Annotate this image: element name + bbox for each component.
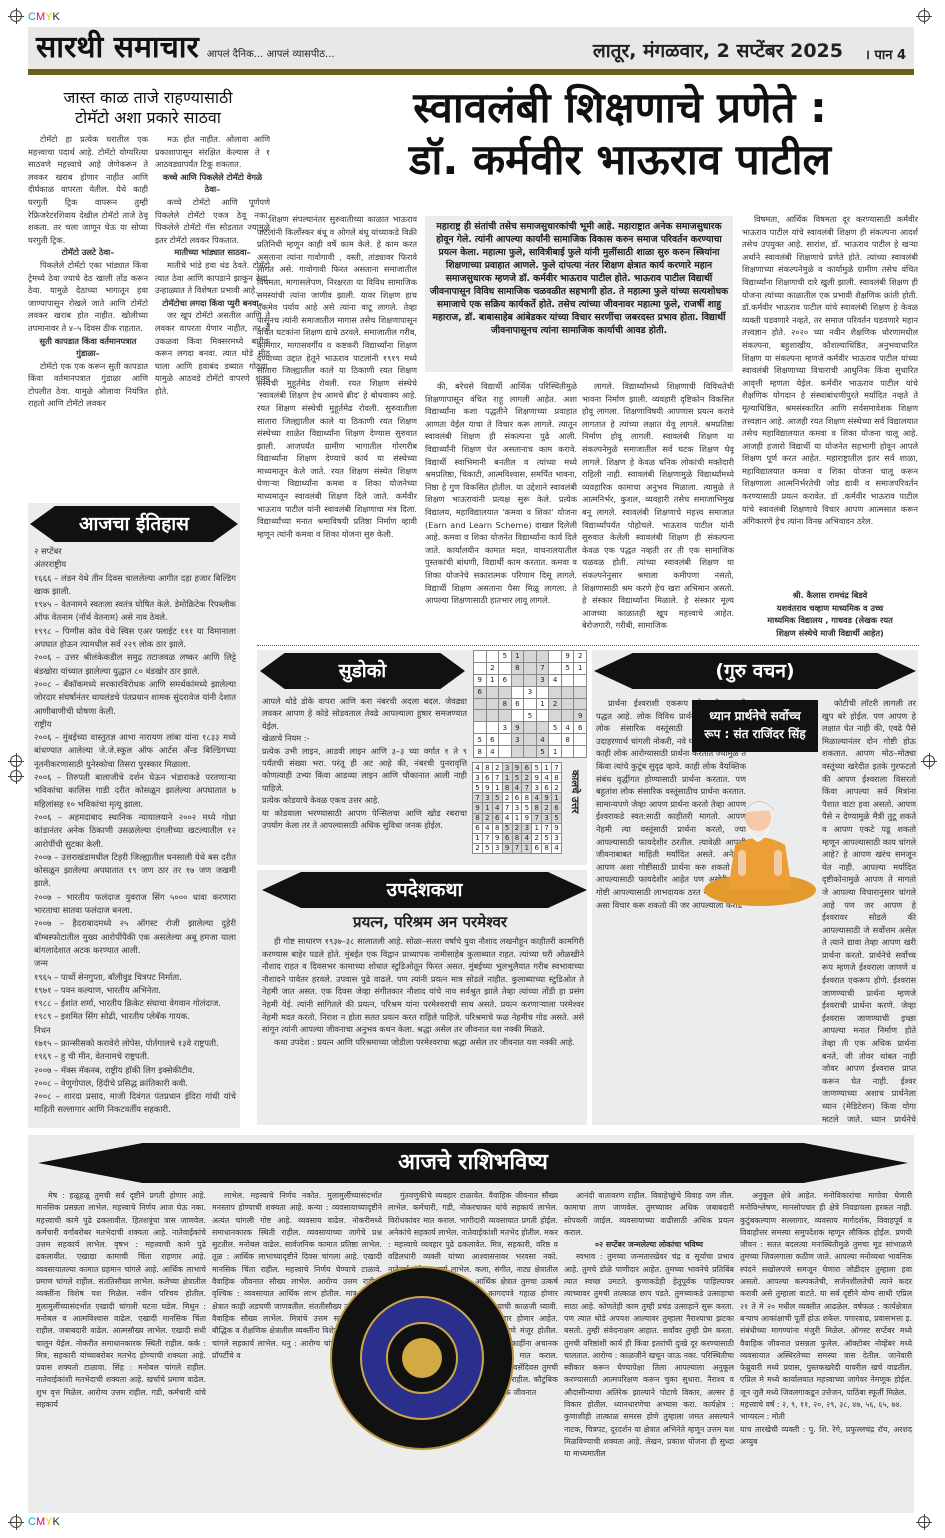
sudoku-cell [474,710,487,722]
sudoku-cell: 7 [482,833,492,843]
sudoku-cell: 5 [473,783,483,793]
sudoku-cell: 1 [486,674,499,686]
sudoku-cell [474,698,487,710]
paragraph: आनंदी वातावरण राहील. विवाहेच्छुंचे विवाह… [564,1190,734,1239]
sudoku-cell: 8 [511,662,524,674]
sudoku-cell: 8 [502,783,512,793]
paragraph: कच्चे टोमॅटो आणि पूर्णपणे पिकलेले टोमॅटो… [155,196,270,246]
sudoku-cell [511,710,524,722]
sudoku-cell: 7 [502,803,512,813]
sudoku-cell: 7 [532,813,542,823]
sudoku-cell: 2 [492,763,502,773]
sudoku-cell: 3 [511,734,524,746]
author-name: श्री. कैलास रामचंद्र बिडवे [742,589,918,602]
history-entry: २००६ – अहमदाबाद स्थानिक न्यायालयाने २००२… [34,811,236,851]
history-entry: २००८ – वेणुगोपाल, हिंदीचे प्रसिद्ध क्रां… [34,1077,236,1090]
sudoku-cell [499,710,512,722]
sudoku-cell: 3 [492,843,502,853]
sudoku-cell: 5 [524,710,537,722]
sudoku-cell: 3 [473,773,483,783]
sudoku-cell: 1 [482,803,492,813]
paragraph: टोमॅटो हा प्रत्येक घरातील एक महत्त्वाचा … [28,133,148,246]
sudoku-cell [561,686,574,698]
history-entry: १९७१ – पवन कल्याण, भारतीय अभिनेता. [34,984,236,997]
sudoku-cell: 4 [536,734,549,746]
sudoku-cell [486,686,499,698]
sudoku-cell [561,710,574,722]
sudoku-cell: 2 [574,651,587,663]
sudoku-cell: 1 [473,833,483,843]
sudoku-cell: 4 [552,843,562,853]
subheading: टोमॅटो उलटे ठेवा– [28,246,148,259]
sudoku-cell [561,698,574,710]
sudoku-cell: 9 [512,763,522,773]
paragraph: पिकलेले टोमॅटो एका भांड्यात किंवा ट्रेमध… [28,259,148,335]
registration-mark-icon [918,1516,930,1528]
sudoku-cell: 2 [552,783,562,793]
story-moral: कथा उपदेश : प्रयत्न आणि परिश्रमाच्या जोड… [262,1036,584,1049]
sudoku-cell: 1 [522,843,532,853]
sudoku-answer-label: कालचे उत्तर [567,770,581,813]
headline-line: डॉ. कर्मवीर भाऊराव पाटील [300,134,940,186]
feature-headline: स्वावलंबी शिक्षणाचे प्रणेते : डॉ. कर्मवी… [300,82,940,186]
history-entry: २००७ – हैदराबादमध्ये २५ ऑगस्ट रोजी झालेल… [34,917,236,957]
horoscope-heading: आजचे राशिभविष्य [38,1143,908,1183]
sudoku-cell: 8 [474,746,487,758]
zodiac-star-ring [360,1296,484,1420]
zodiac-inner-wheel [386,1322,458,1394]
instruction-line: प्रत्येक कोडयाचे केवळ एकच उत्तर आहे. [262,794,467,806]
sudoku-cell: 6 [552,803,562,813]
headline-line: स्वावलंबी शिक्षणाचे प्रणेते : [300,82,940,134]
sudoku-cell: 6 [474,686,487,698]
instruction-line: या कोडयाला भरण्यासाठी आपण पेन्सिलचा आणि … [262,807,467,832]
sudoku-puzzle-grid: 519228751916346386125939546563488451 [473,650,587,758]
history-entry: २००६ – उत्तर श्रीलंकेकडील समुद्र तटाजवळ … [34,651,236,678]
sudoku-cell [549,734,562,746]
sudoku-cell: 2 [482,813,492,823]
sudoku-cell: 4 [561,722,574,734]
tomato-article-title: जास्त काळ ताजे राहण्यासाठी टोमॅटो अशा प्… [28,88,268,128]
sudoku-cell: 7 [522,783,532,793]
sudoku-cell: 5 [542,833,552,843]
feature-column-right: विषमता, आर्थिक विषमता दूर करण्यासाठी कर्… [742,213,918,589]
sudoku-cell [549,686,562,698]
sudoku-cell: 8 [561,734,574,746]
sudoku-cell: 4 [473,763,483,773]
history-banner: आजचा ईतिहास [30,506,238,542]
author-affiliation: शिक्षण संस्थेचे माजी विद्यार्थी आहेत) [742,627,918,640]
sudoku-cell [536,722,549,734]
sudoku-cell: 9 [473,803,483,813]
paragraph: स्वभाव : तुमच्या जन्मतारखेवर चंद्र व सूर… [564,1251,734,1460]
masthead-rule [28,69,914,75]
sudoku-cell: 4 [492,803,502,813]
sudoku-cell: 4 [502,813,512,823]
history-entry: २००७ – भारतीय फलंदाज युवराज सिंग ५००० धा… [34,891,236,918]
sudoku-cell: 7 [473,793,483,803]
tomato-column-2: मऊ होत नाहीत. ओलावा आणि प्रकाशापासून संर… [155,133,270,503]
sudoku-cell: 9 [561,651,574,663]
sudoku-cell: 9 [532,773,542,783]
sudoku-cell: 8 [552,773,562,783]
sudoku-cell [524,674,537,686]
sudoku-cell: 4 [532,793,542,803]
sudoku-cell: 3 [532,783,542,793]
sudoku-cell: 8 [473,813,483,823]
sudoku-cell: 5 [482,843,492,853]
sudoku-cell [561,674,574,686]
history-entry: १७१५ – फ्रान्सीसको करावेरो लोपेस, पोर्तग… [34,1037,236,1050]
newspaper-logo: सारथी समाचार [36,33,199,63]
paragraph: जर खूप टोमॅटो असतील आणि ते लवकर वापरता य… [155,309,270,397]
sudoku-cell: 6 [486,734,499,746]
horoscope-banner: आजचे राशिभविष्य [38,1143,908,1183]
subheading: मातीच्या भांड्यात साठवा– [155,246,270,259]
sudoku-cell [474,651,487,663]
paragraph: कोटीची लॉटरी लागली तर खुप बरे होईल. पण आ… [822,697,916,1122]
sudoku-cell [574,674,587,686]
sudoku-cell [486,698,499,710]
history-entry: २००७ – उत्तराखंडामधील टिहरी जिल्ह्यातील … [34,851,236,891]
sudoku-heading: सुडोको [260,653,465,689]
history-entry: २००६ – तिरुपती बालाजीचे दर्शन घेऊन भंडार… [34,771,236,811]
sudoku-cell: 6 [499,674,512,686]
sudoku-cell: 5 [499,651,512,663]
sudoku-cell: 6 [574,722,587,734]
sudoku-cell: 5 [536,746,549,758]
cmyk-label: CMYK [28,1516,60,1528]
history-entry: १६६६ – लंडन येथे तीन दिवस चाललेल्या आगीत… [34,572,236,599]
sudoku-cell: 5 [502,823,512,833]
sudoku-cell: 6 [502,833,512,843]
quote-line: ध्यान प्रार्थनेचे सर्वोच्च [692,707,818,725]
sudoku-cell: 1 [502,773,512,783]
sudoku-cell [574,746,587,758]
sudoku-cell: 8 [532,803,542,813]
sudoku-cell: 4 [522,833,532,843]
instruction-line: आपले थोडे डोके वापरा आणि करा नंबरची अदला… [262,695,467,732]
sudoku-cell: 8 [512,833,522,843]
history-entry: राष्ट्रीय [34,718,236,731]
sudoku-cell: 3 [499,722,512,734]
subheading: सुती कापडात किंवा वर्तमानपत्रात गुंडाळा– [28,335,148,360]
history-entry: १९४५ – वेतनामने स्वतःला स्वतंत्र घोषित क… [34,598,236,625]
masthead: सारथी समाचार आपलं दैनिक... आपलं व्यासपीठ… [28,27,914,69]
divider [257,645,919,646]
feature-column-mid: की, बरेचसे विद्यार्थी आर्थिक परिस्थितीमु… [425,380,577,642]
horoscope-column-1: मेष : हळूहळू तुमची सर्व दृष्टीने प्रगती … [36,1190,206,1508]
history-entry: २००६ – मुंबईच्या वास्तुतज्ञ आभा नारायण ल… [34,731,236,771]
sudoku-cell: 6 [492,813,502,823]
history-entry: जन्म [34,957,236,970]
sudoku-cell [524,722,537,734]
sudoku-cell: 9 [574,710,587,722]
sudoku-cell: 1 [532,823,542,833]
story-banner: उपदेशकथा [262,872,587,908]
sudoku-cell [524,698,537,710]
paragraph: की, बरेचसे विद्यार्थी आर्थिक परिस्थितीमु… [425,380,577,607]
sudoku-cell: 9 [511,722,524,734]
feature-column-mid2: लागले. विद्यार्थ्यांमध्ये शिक्षणाची विवि… [582,380,734,642]
sudoku-cell: 8 [482,763,492,773]
registration-mark-icon [10,755,22,767]
quote-line: रूप : संत राजिंदर सिंह [692,725,818,743]
sudoku-cell [499,734,512,746]
history-entry: १९६५ – पार्थो सेनगुप्ता, बॉलीवुड चित्रपट… [34,971,236,984]
sudoku-cell: 3 [536,674,549,686]
sudoku-cell [524,662,537,674]
lucky-gem: भाग्यरत्न : मोती [740,1411,912,1423]
subheading: टोमॅटोचा लगदा किंवा प्युरी बनवा– [155,297,270,310]
sudoku-cell: 3 [482,793,492,803]
sudoku-cell: 6 [473,823,483,833]
sudoku-cell [474,662,487,674]
sudoku-cell [486,722,499,734]
story-body: ही गोष्ट साधारण १९३७–३८ सालातली आहे. सोळ… [262,935,584,1123]
sudoku-cell: 9 [474,674,487,686]
sudoku-cell [536,710,549,722]
history-list: २ सप्टेंबरअंतरराष्ट्रीय१६६६ – लंडन येथे … [34,545,236,1125]
sudoku-cell: 3 [552,833,562,843]
feature-lead-box: महाराष्ट्र ही संतांची तसेच समाजसुधारकांच… [425,216,733,372]
title-line: जास्त काळ ताजे राहण्यासाठी [28,88,268,108]
sun-face-icon [402,1338,442,1378]
subheading: कच्चे आणि पिकलेले टोमॅटो वेगळे ठेवा– [155,171,270,196]
history-entry: २ सप्टेंबर [34,545,236,558]
paragraph: मेष : हळूहळू तुमची सर्व दृष्टीने प्रगती … [36,1190,206,1411]
sudoku-cell: 4 [482,823,492,833]
paragraph: अनुकूल क्षेत्रे आहेत. मनोविकारांचा मागोव… [740,1190,912,1399]
sudoku-cell: 9 [492,833,502,843]
sudoku-cell [511,686,524,698]
registration-mark-icon [10,1516,22,1528]
sudoku-cell: 9 [482,783,492,793]
sudoku-cell: 3 [522,823,532,833]
history-entry: २००८ – शारदा प्रसाद, माजी दिवंगत पंतप्रध… [34,1090,236,1117]
sudoku-cell [549,651,562,663]
page-number: । पान 4 [865,45,906,63]
sudoku-cell: 3 [524,686,537,698]
sudoku-cell: 8 [492,823,502,833]
dateline: लातूर, मंगळवार, 2 सप्टेंबर 2025 [593,37,843,63]
sudoku-cell: 9 [542,793,552,803]
sudoku-cell: 7 [552,763,562,773]
history-entry: २००७ – मॅक्स मॅकनब, राष्ट्रीय हॉकी लिग इ… [34,1064,236,1077]
sudoku-cell [524,651,537,663]
title-line: टोमॅटो अशा प्रकारे साठवा [28,108,268,128]
sudoku-cell: 6 [512,793,522,803]
sudoku-cell: 8 [499,698,512,710]
sudoku-cell: 5 [522,803,532,813]
sudoku-cell: 1 [549,746,562,758]
registration-mark-icon [923,755,935,767]
sudoku-cell: 4 [486,746,499,758]
sudoku-cell: 6 [511,698,524,710]
feature-column-left: शिक्षण संपल्यानंतर सुरुवातीच्या काळात भा… [257,213,417,641]
registration-mark-icon [10,770,22,782]
author-affiliation: यशवंतराव चव्हाण माध्यमिक व उच्च [742,602,918,615]
sudoku-cell: 1 [552,793,562,803]
paragraph: लागले. विद्यार्थ्यांमध्ये शिक्षणाची विवि… [582,380,734,632]
tagline: आपलं दैनिक... आपलं व्यासपीठ... [207,46,335,60]
sudoku-cell [524,734,537,746]
guru-banner: (गुरु वचन) [594,653,916,689]
sudoku-cell: 6 [532,843,542,853]
sudoku-cell: 2 [512,823,522,833]
sudoku-cell: 2 [549,698,562,710]
sudoku-cell: 9 [522,813,532,823]
sudoku-cell: 4 [549,674,562,686]
history-heading: आजचा ईतिहास [30,506,238,542]
sudoku-cell: 9 [502,843,512,853]
history-entry: १९८९ – इशमित सिंग सोढी, भारतीय प्लेबॅक ग… [34,1010,236,1023]
sudoku-cell: 5 [492,793,502,803]
sudoku-cell: 3 [512,803,522,813]
sudoku-cell: 4 [512,783,522,793]
sudoku-cell: 2 [502,793,512,803]
sudoku-cell: 2 [532,833,542,843]
story-title: प्रयत्न, परिश्रम अन परमेश्वर [270,912,590,932]
sudoku-cell [499,746,512,758]
paragraph: मऊ होत नाहीत. ओलावा आणि प्रकाशापासून संर… [155,133,270,171]
important-years: महत्त्वाचे वर्ष : २, ९, ११, २०, २९, ३८, … [740,1399,912,1411]
sudoku-cell: 5 [549,722,562,734]
sudoku-cell [574,698,587,710]
sudoku-cell: 2 [473,843,483,853]
sudoku-cell: 6 [542,783,552,793]
history-entry: १९९८ – पिग्गीस कोव येथे स्विस एअर फ्लाईट… [34,625,236,652]
history-entry: १९६९ – हु ची मीन, वेतनामचे राष्ट्रपती. [34,1050,236,1063]
sudoku-cell: 2 [522,773,532,783]
sudoku-cell [536,651,549,663]
sudoku-cell: 5 [512,773,522,783]
sudoku-cell [549,662,562,674]
sudoku-cell: 3 [542,813,552,823]
registration-mark-icon [10,10,22,22]
zodiac-wheel-illustration [330,1266,514,1450]
sudoku-cell: 7 [536,662,549,674]
sudoku-cell [499,662,512,674]
story-heading: उपदेशकथा [262,872,587,908]
tomato-column-1: टोमॅटो हा प्रत्येक घरातील एक महत्त्वाचा … [28,133,148,503]
sudoku-cell: 1 [492,783,502,793]
sudoku-cell: 2 [542,803,552,813]
birthday-heading: ०२ सप्टेंबर जन्मलेल्या लोकांचा भविष्य [564,1239,734,1251]
sudoku-cell: 5 [532,763,542,773]
history-entry: १९८८ – ईशांत शर्मा, भारतीय क्रिकेट संघाच… [34,997,236,1010]
sudoku-cell: 6 [522,763,532,773]
sudoku-cell: 9 [552,823,562,833]
sudoku-cell [486,710,499,722]
same-birthday-people: याच तारखेची व्यक्ती : पु. शि. रेगे, प्रफ… [740,1424,912,1449]
author-affiliation: माध्यमिक विद्यालय , गाधवड (लेखक रयत [742,614,918,627]
sudoku-cell [574,734,587,746]
paragraph: विषमता, आर्थिक विषमता दूर करण्यासाठी कर्… [742,213,918,528]
sudoku-cell: 4 [542,773,552,783]
sudoku-cell: 5 [552,813,562,823]
sudoku-cell [474,722,487,734]
sudoku-cell: 5 [474,734,487,746]
sudoku-cell [536,686,549,698]
sudoku-cell: 1 [574,662,587,674]
instruction-line: प्रत्येक उभी लाइन, आडवी लाइन आणि ३–३ च्य… [262,745,467,795]
sudoku-cell: 7 [492,773,502,783]
horoscope-column-5: अनुकूल क्षेत्रे आहेत. मनोविकारांचा मागोव… [740,1190,912,1508]
sudoku-cell: 7 [542,823,552,833]
sudoku-banner: सुडोको [260,653,465,689]
paragraph: मातीचे भांडे हवा थंड ठेवते. टोमॅटो त्यात… [155,259,270,297]
sudoku-cell [561,746,574,758]
meditating-sage-illustration [700,790,820,910]
guru-heading: (गुरु वचन) [594,653,916,689]
sudoku-cell [511,746,524,758]
sudoku-cell [499,686,512,698]
sudoku-cell: 3 [502,763,512,773]
sudoku-cell [574,686,587,698]
sudoku-instructions: आपले थोडे डोके वापरा आणि करा नंबरची अदला… [262,695,467,860]
sudoku-cell: 8 [522,793,532,803]
feature-author: श्री. कैलास रामचंद्र बिडवे यशवंतराव चव्ह… [742,589,918,641]
guru-quote-box: ध्यान प्रार्थनेचे सर्वोच्च रूप : संत राज… [692,700,818,752]
paragraph: शिक्षण संपल्यानंतर सुरुवातीच्या काळात भा… [257,213,417,540]
history-entry: २००८ – बँकॉकमध्ये सरकारविरोधक आणि समर्थक… [34,678,236,718]
paragraph: ही गोष्ट साधारण १९३७–३८ सालातली आहे. सोळ… [262,935,584,1036]
instruction-line: खेळाचे नियम :- [262,732,467,744]
sudoku-cell [486,651,499,663]
history-entry: अंतरराष्ट्रीय [34,558,236,571]
sudoku-cell: 1 [536,698,549,710]
sudoku-cell: 5 [561,662,574,674]
cmyk-label: CMYK [28,11,60,23]
sudoku-cell: 1 [542,763,552,773]
sudoku-answer-grid: 4823965173671529485918473627352684919147… [472,762,562,854]
sudoku-cell: 1 [512,813,522,823]
registration-mark-icon [918,10,930,22]
paragraph: टोमॅटो एक एक करून सुती कापडात किंवा वर्त… [28,360,148,410]
sudoku-cell: 6 [482,773,492,783]
sudoku-cell: 2 [486,662,499,674]
sudoku-cell [511,674,524,686]
history-entry: निधन [34,1024,236,1037]
sudoku-cell: 8 [542,843,552,853]
guru-column-right: कोटीची लॉटरी लागली तर खुप बरे होईल. पण आ… [822,697,916,1122]
sudoku-cell: 1 [511,651,524,663]
horoscope-column-4: आनंदी वातावरण राहील. विवाहेच्छुंचे विवाह… [564,1190,734,1508]
sudoku-cell [524,746,537,758]
sudoku-cell [549,710,562,722]
sudoku-cell: 7 [512,843,522,853]
